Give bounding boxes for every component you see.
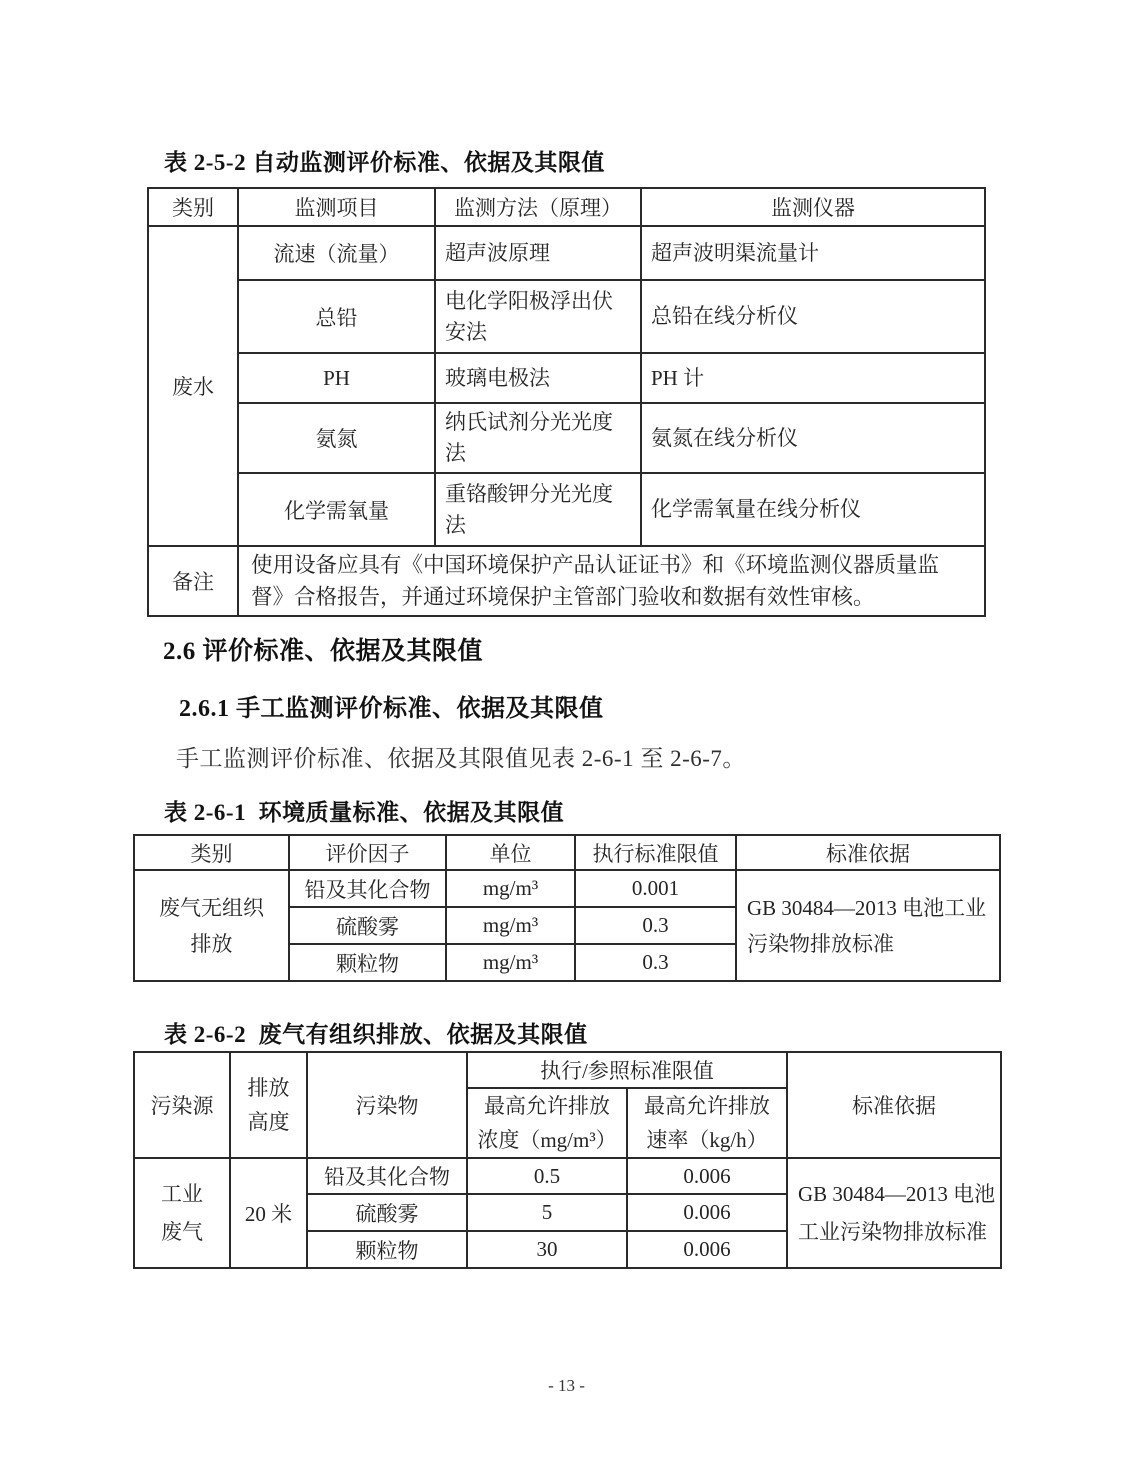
source-line: 废气 — [135, 1213, 229, 1251]
header-cell-pollutant: 污染物 — [307, 1052, 467, 1158]
unit-cell: mg/m³ — [446, 944, 575, 981]
header-cell-method: 监测方法（原理） — [435, 188, 641, 226]
header-line: 最高允许排放 — [628, 1089, 786, 1123]
factor-cell: 颗粒物 — [289, 944, 446, 981]
item-cell: PH — [238, 353, 435, 403]
limit-cell: 0.3 — [575, 944, 736, 981]
factor-cell: 硫酸雾 — [289, 907, 446, 944]
section-heading-2-6: 2.6 评价标准、依据及其限值 — [163, 631, 483, 667]
concentration-cell: 5 — [467, 1194, 627, 1231]
header-cell-unit: 单位 — [446, 835, 575, 870]
table-auto-monitoring-2-5-2: 类别 监测项目 监测方法（原理） 监测仪器 废水 流速（流量） 超声波原理 超声… — [147, 187, 986, 617]
header-cell-basis: 标准依据 — [787, 1052, 1001, 1158]
limit-cell: 0.3 — [575, 907, 736, 944]
table-row: 化学需氧量 重铬酸钾分光光度法 化学需氧量在线分析仪 — [148, 473, 985, 546]
table-row: 工业 废气 20 米 铅及其化合物 0.5 0.006 GB 30484—201… — [134, 1158, 1001, 1194]
instrument-cell: 氨氮在线分析仪 — [641, 403, 985, 473]
instrument-cell: PH 计 — [641, 353, 985, 403]
table-caption-2-5-2: 表 2-5-2 自动监测评价标准、依据及其限值 — [164, 144, 605, 177]
header-cell-concentration: 最高允许排放 浓度（mg/m³） — [467, 1088, 627, 1158]
basis-line: GB 30484—2013 电池工业 — [747, 890, 999, 926]
rate-cell: 0.006 — [627, 1231, 787, 1268]
method-cell: 玻璃电极法 — [435, 353, 641, 403]
header-line: 浓度（mg/m³） — [468, 1123, 626, 1157]
basis-line: 污染物排放标准 — [747, 926, 999, 962]
instrument-cell: 化学需氧量在线分析仪 — [641, 473, 985, 546]
basis-line: GB 30484—2013 电池 — [798, 1175, 1000, 1213]
method-cell: 重铬酸钾分光光度法 — [435, 473, 641, 546]
header-line: 速率（kg/h） — [628, 1123, 786, 1157]
header-cell-rate: 最高允许排放 速率（kg/h） — [627, 1088, 787, 1158]
rate-cell: 0.006 — [627, 1158, 787, 1194]
header-cell-basis: 标准依据 — [736, 835, 1000, 870]
pollutant-cell: 硫酸雾 — [307, 1194, 467, 1231]
basis-cell: GB 30484—2013 电池 工业污染物排放标准 — [787, 1158, 1001, 1268]
category-line: 废气无组织 — [135, 890, 288, 926]
pollutant-cell: 颗粒物 — [307, 1231, 467, 1268]
category-cell: 废气无组织 排放 — [134, 870, 289, 981]
item-cell: 化学需氧量 — [238, 473, 435, 546]
instrument-cell: 超声波明渠流量计 — [641, 226, 985, 280]
unit-cell: mg/m³ — [446, 870, 575, 907]
item-cell: 氨氮 — [238, 403, 435, 473]
rate-cell: 0.006 — [627, 1194, 787, 1231]
table-header-row: 污染源 排放 高度 污染物 执行/参照标准限值 标准依据 — [134, 1052, 1001, 1088]
table-header-row: 类别 监测项目 监测方法（原理） 监测仪器 — [148, 188, 985, 226]
document-page: 表 2-5-2 自动监测评价标准、依据及其限值 类别 监测项目 监测方法（原理）… — [0, 0, 1133, 1467]
header-line: 高度 — [231, 1105, 306, 1139]
concentration-cell: 30 — [467, 1231, 627, 1268]
remark-row: 备注 使用设备应具有《中国环境保护产品认证证书》和《环境监测仪器质量监督》合格报… — [148, 546, 985, 616]
header-cell-source: 污染源 — [134, 1052, 230, 1158]
remark-text-cell: 使用设备应具有《中国环境保护产品认证证书》和《环境监测仪器质量监督》合格报告，并… — [238, 546, 985, 616]
category-line: 排放 — [135, 926, 288, 962]
header-cell-instrument: 监测仪器 — [641, 188, 985, 226]
table-organized-emission-2-6-2: 污染源 排放 高度 污染物 执行/参照标准限值 标准依据 最高允许排放 浓度（m… — [133, 1051, 1002, 1269]
table-row: PH 玻璃电极法 PH 计 — [148, 353, 985, 403]
header-line: 排放 — [231, 1071, 306, 1105]
page-number: - 13 - — [0, 1376, 1133, 1396]
table-env-quality-2-6-1: 类别 评价因子 单位 执行标准限值 标准依据 废气无组织 排放 铅及其化合物 m… — [133, 834, 1001, 982]
method-cell: 电化学阳极浮出伏安法 — [435, 280, 641, 353]
table-row: 废水 流速（流量） 超声波原理 超声波明渠流量计 — [148, 226, 985, 280]
header-cell-category: 类别 — [148, 188, 238, 226]
unit-cell: mg/m³ — [446, 907, 575, 944]
category-cell: 废水 — [148, 226, 238, 546]
method-cell: 纳氏试剂分光光度法 — [435, 403, 641, 473]
pollutant-cell: 铅及其化合物 — [307, 1158, 467, 1194]
header-cell-factor: 评价因子 — [289, 835, 446, 870]
height-cell: 20 米 — [230, 1158, 307, 1268]
header-cell-item: 监测项目 — [238, 188, 435, 226]
factor-cell: 铅及其化合物 — [289, 870, 446, 907]
method-cell: 超声波原理 — [435, 226, 641, 280]
item-cell: 总铅 — [238, 280, 435, 353]
concentration-cell: 0.5 — [467, 1158, 627, 1194]
section-heading-2-6-1: 2.6.1 手工监测评价标准、依据及其限值 — [179, 688, 604, 723]
header-cell-limit: 执行标准限值 — [575, 835, 736, 870]
header-cell-category: 类别 — [134, 835, 289, 870]
item-cell: 流速（流量） — [238, 226, 435, 280]
table-caption-2-6-2: 表 2-6-2 废气有组织排放、依据及其限值 — [164, 1016, 588, 1049]
remark-label-cell: 备注 — [148, 546, 238, 616]
table-header-row: 类别 评价因子 单位 执行标准限值 标准依据 — [134, 835, 1000, 870]
header-cell-height: 排放 高度 — [230, 1052, 307, 1158]
table-caption-2-6-1: 表 2-6-1 环境质量标准、依据及其限值 — [164, 794, 564, 827]
header-line: 最高允许排放 — [468, 1089, 626, 1123]
source-line: 工业 — [135, 1175, 229, 1213]
table-row: 总铅 电化学阳极浮出伏安法 总铅在线分析仪 — [148, 280, 985, 353]
limit-cell: 0.001 — [575, 870, 736, 907]
table-row: 废气无组织 排放 铅及其化合物 mg/m³ 0.001 GB 30484—201… — [134, 870, 1000, 907]
source-cell: 工业 废气 — [134, 1158, 230, 1268]
table-row: 氨氮 纳氏试剂分光光度法 氨氮在线分析仪 — [148, 403, 985, 473]
basis-line: 工业污染物排放标准 — [798, 1213, 1000, 1251]
basis-cell: GB 30484—2013 电池工业 污染物排放标准 — [736, 870, 1000, 981]
header-cell-limit-group: 执行/参照标准限值 — [467, 1052, 787, 1088]
body-paragraph: 手工监测评价标准、依据及其限值见表 2-6-1 至 2-6-7。 — [176, 740, 746, 773]
instrument-cell: 总铅在线分析仪 — [641, 280, 985, 353]
